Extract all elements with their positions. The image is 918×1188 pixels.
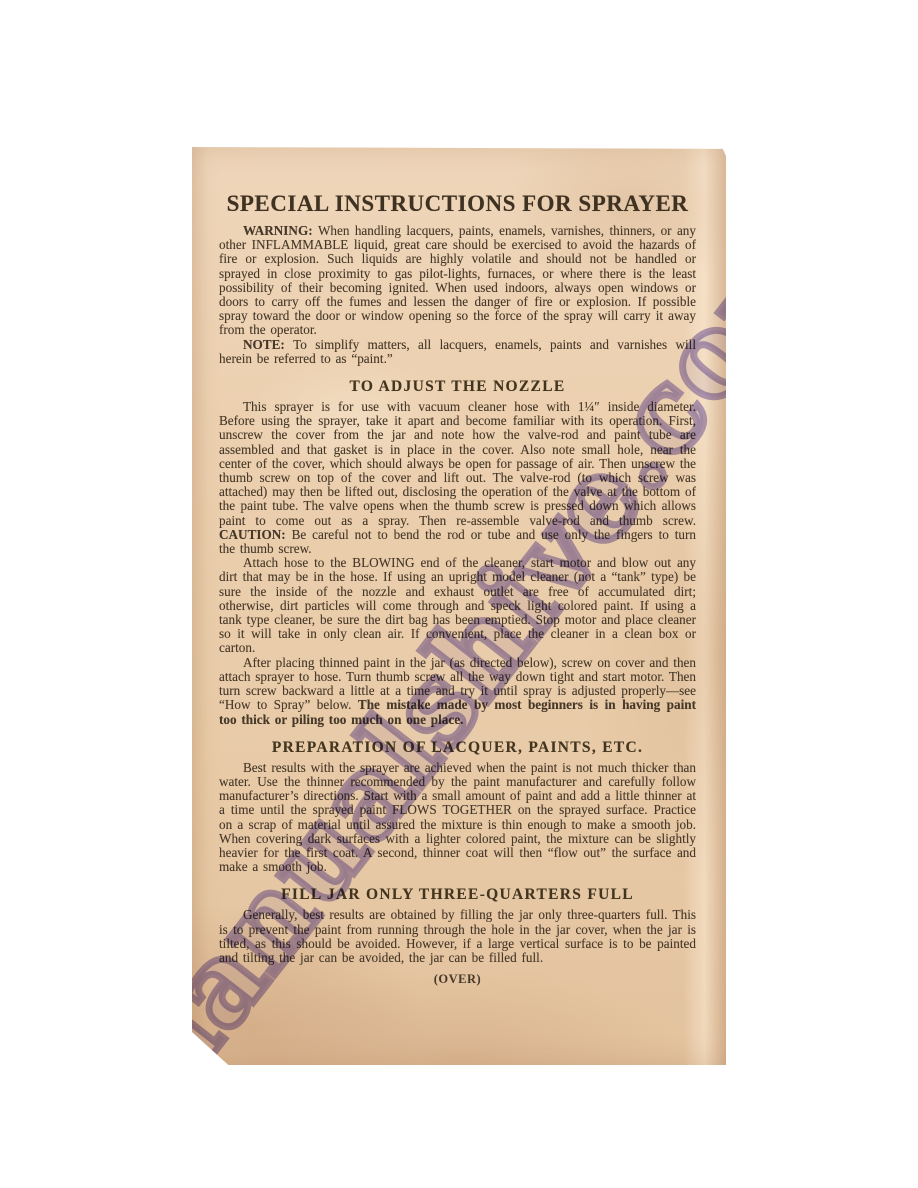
paragraph: Attach hose to the BLOWING end of the cl… <box>219 556 696 655</box>
paragraph: Generally, best results are obtained by … <box>219 908 696 965</box>
paragraph: This sprayer is for use with vacuum clea… <box>219 400 696 556</box>
paragraph: After placing thinned paint in the jar (… <box>219 656 696 727</box>
document-title: SPECIAL INSTRUCTIONS FOR SPRAYER <box>219 191 696 217</box>
paragraph: WARNING: When handling lacquers, paints,… <box>219 224 696 338</box>
paragraph: NOTE: To simplify matters, all lacquers,… <box>219 338 696 366</box>
section-heading: TO ADJUST THE NOZZLE <box>219 378 696 396</box>
scan-canvas: { "page": { "background": "#ffffff" }, "… <box>0 0 918 1188</box>
document-body: WARNING: When handling lacquers, paints,… <box>219 224 696 965</box>
paragraph: Best results with the sprayer are achiev… <box>219 761 696 875</box>
over-label: (OVER) <box>219 972 696 987</box>
section-heading: PREPARATION OF LACQUER, PAINTS, ETC. <box>219 739 696 757</box>
document-page: SPECIAL INSTRUCTIONS FOR SPRAYER WARNING… <box>192 147 726 1065</box>
document-content: SPECIAL INSTRUCTIONS FOR SPRAYER WARNING… <box>192 147 726 987</box>
section-heading: FILL JAR ONLY THREE-QUARTERS FULL <box>219 886 696 904</box>
